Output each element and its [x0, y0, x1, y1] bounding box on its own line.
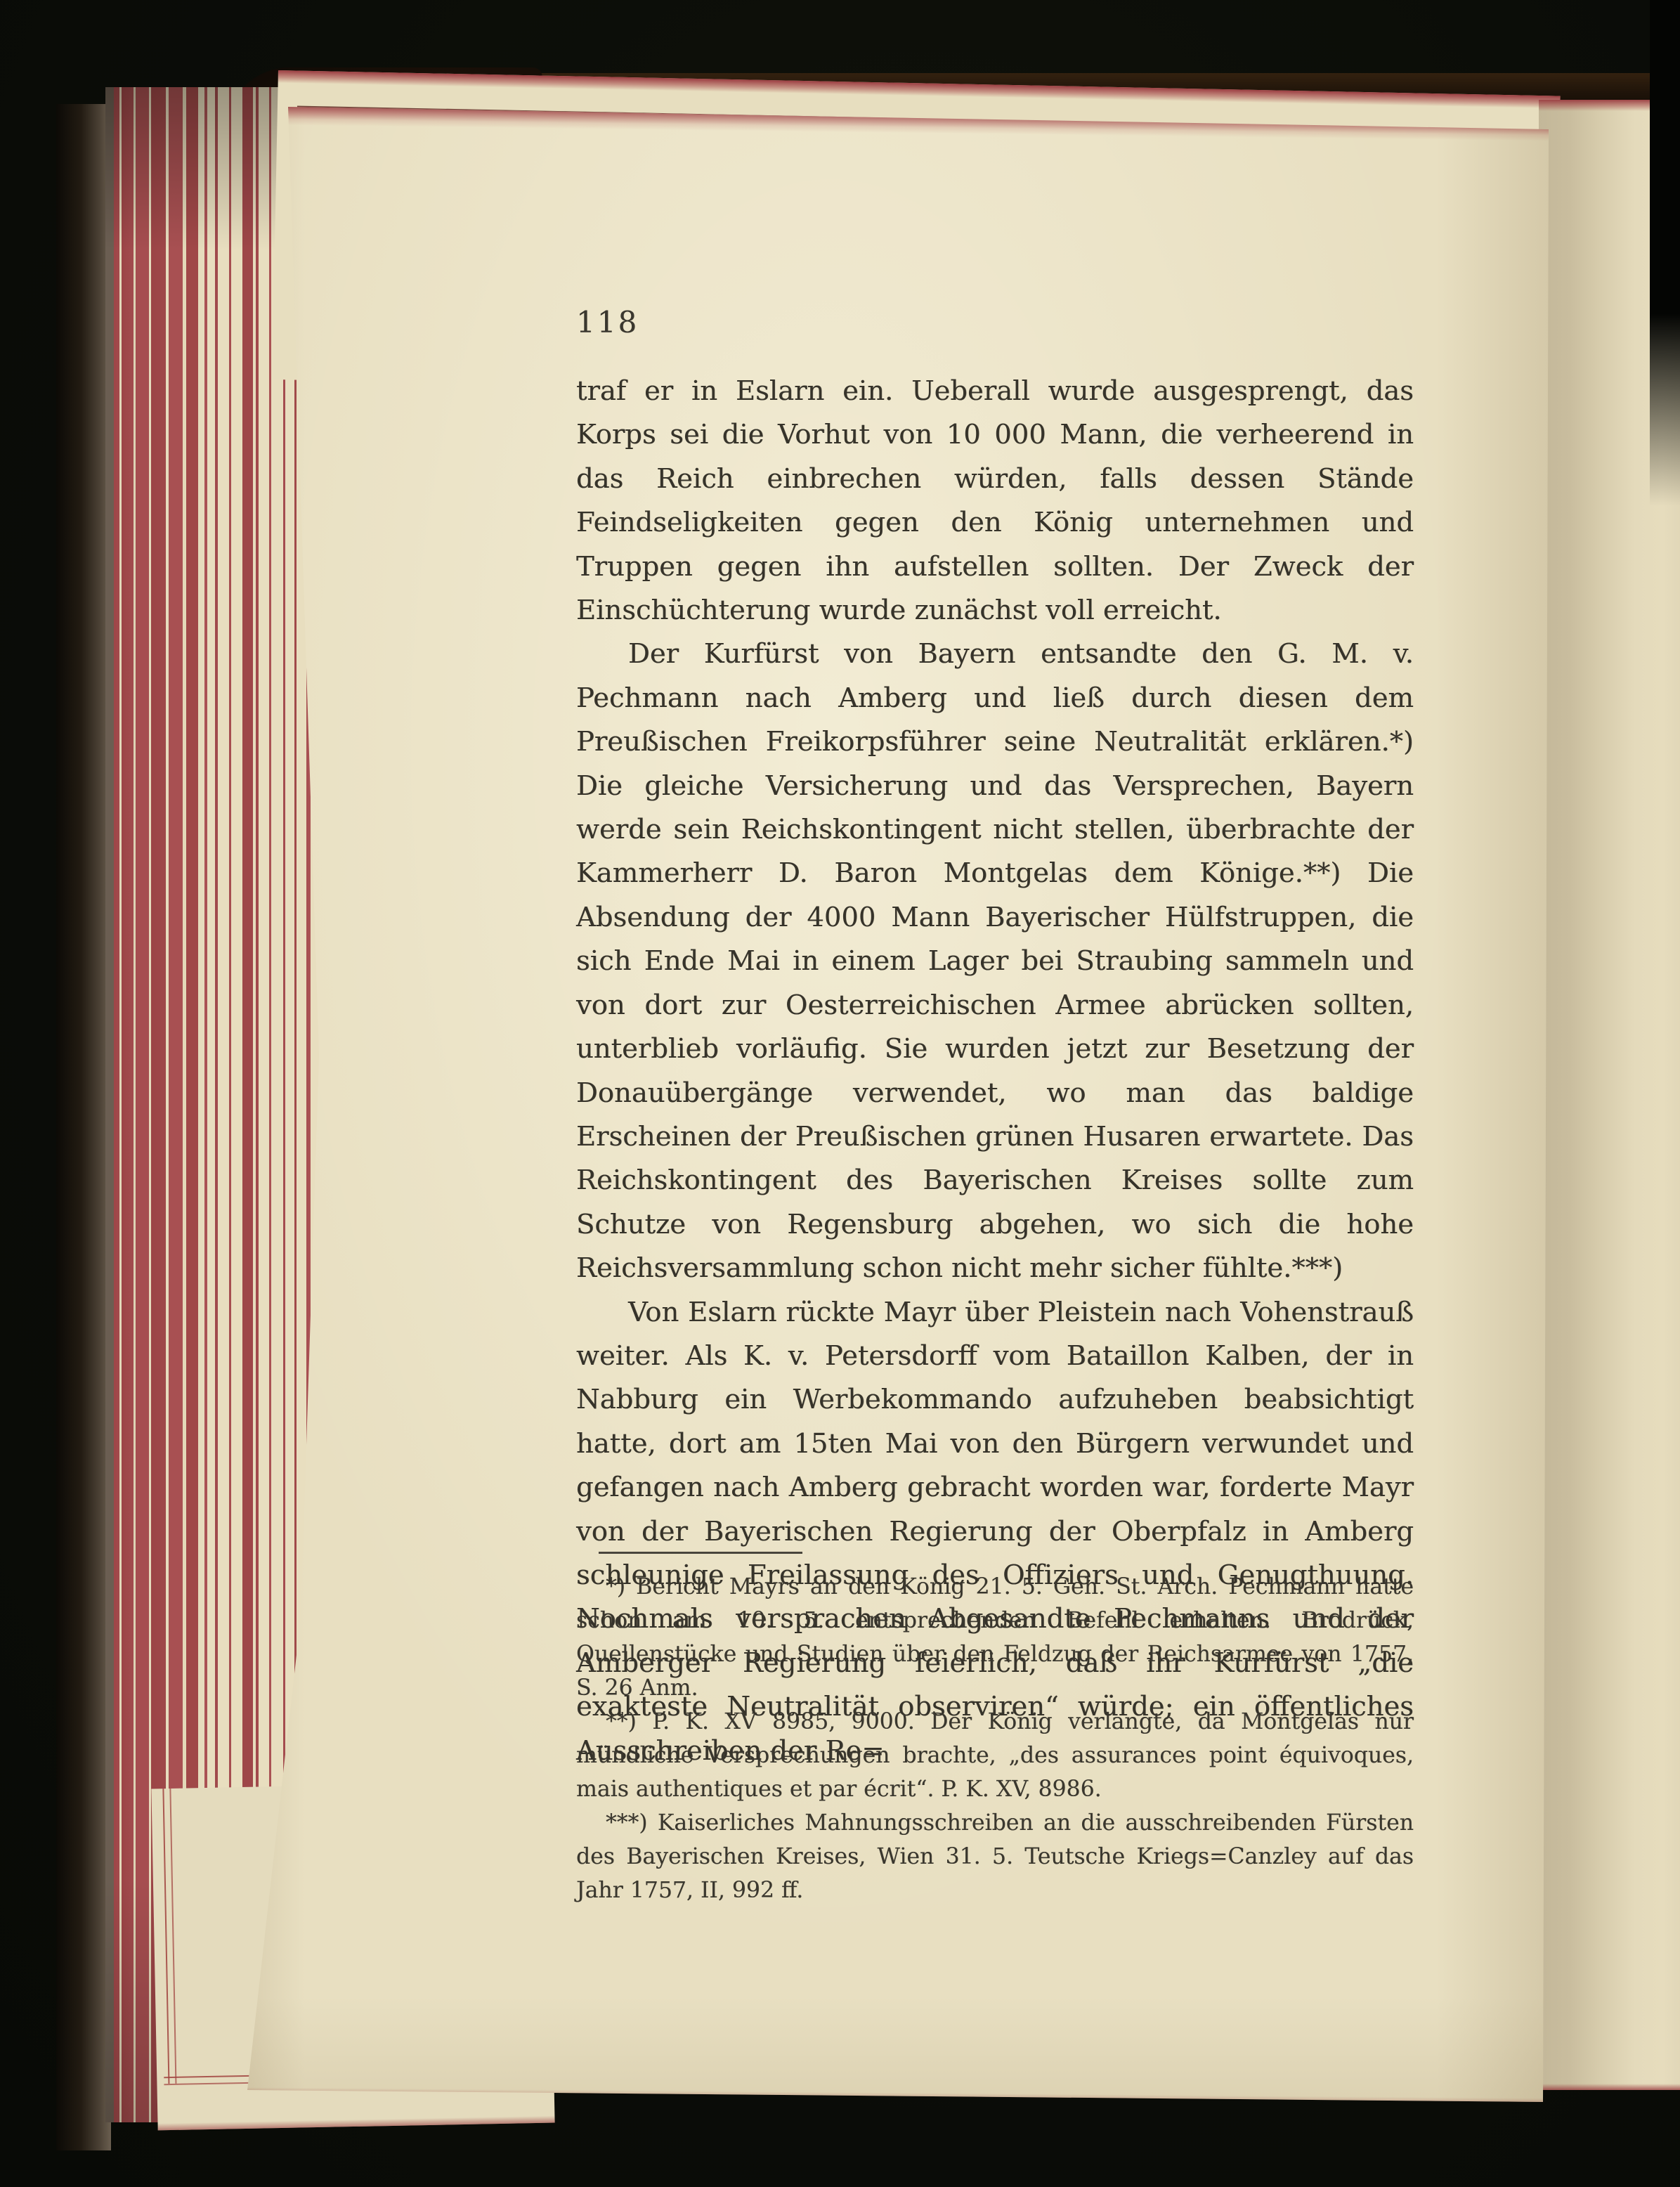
book-cover-left-edge	[56, 104, 111, 2150]
body-paragraph: Der Kurfürst von Bayern entsandte den G.…	[576, 632, 1414, 1290]
footnote: ***) Kaiserliches Mahnungsschreiben an d…	[576, 1806, 1414, 1907]
book-page: 118 traf er in Eslarn ein. Ueberall wurd…	[239, 98, 1554, 2118]
body-paragraph: traf er in Eslarn ein. Ueberall wurde au…	[576, 370, 1414, 632]
footnote: *) Bericht Mayrs an den König 21. 5. Geh…	[576, 1570, 1414, 1705]
red-frame-rule-vertical	[162, 1789, 176, 2084]
page-body: traf er in Eslarn ein. Ueberall wurde au…	[576, 370, 1414, 1773]
page-number: 118	[576, 305, 639, 339]
footnotes: *) Bericht Mayrs an den König 21. 5. Geh…	[576, 1570, 1414, 1907]
book-photo: 118 traf er in Eslarn ein. Ueberall wurd…	[0, 0, 1680, 2187]
shadow-overlay	[1650, 0, 1680, 506]
footnote-separator	[599, 1552, 802, 1554]
footnote: **) P. K. XV 8985, 9000. Der König verla…	[576, 1705, 1414, 1806]
